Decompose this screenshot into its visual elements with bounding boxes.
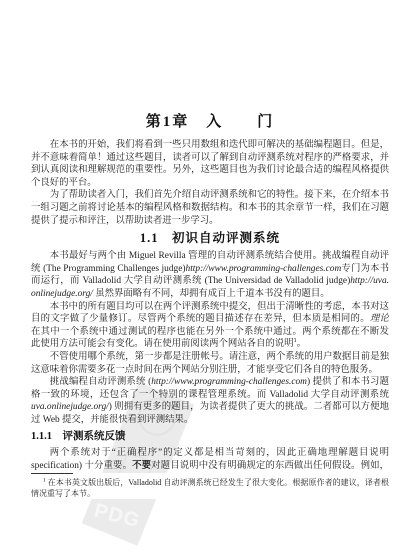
- text-line: 过 Web 提交，并能很快看到评测结果。: [31, 414, 389, 427]
- paragraph: 1 在本书英文版出版后，Valladolid 自动评测系统已经发生了很大变化。根…: [31, 477, 389, 499]
- text-line: 挑战编程自动评测系统 (http://www.programming-chall…: [31, 376, 389, 389]
- text-line: 本书中的所有题目均可以在两个评测系统中提交，但出于清晰性的考虑，本书对这些题: [31, 301, 389, 314]
- text-line: 两个系统对于“正确程序”的定义都是相当苛刻的，因此正确地理解题目说明 (prob…: [31, 447, 389, 460]
- text-line: 本书最好与两个由 Miguel Revilla 管理的自动评测系统结合使用。挑战…: [31, 250, 389, 263]
- text-line: 格一致的环境，还包含了一个特别的课程管理系统。而 Valladolid 大学自动…: [31, 389, 389, 402]
- text-line: 为了帮助读者入门，我们首先介绍自动评测系统和它的特性。接下来，在介绍本书的第: [31, 189, 389, 202]
- paragraph: 为了帮助读者入门，我们首先介绍自动评测系统和它的特性。接下来，在介绍本书的第一组…: [31, 189, 389, 227]
- text-line: 1 在本书英文版出版后，Valladolid 自动评测系统已经发生了很大变化。根…: [31, 477, 389, 488]
- text-line: uva.onlinejudge.org/) 则拥有更多的题目，为读者提供了更大的…: [31, 401, 389, 414]
- text-line: 而运行，而 Valladolid 大学自动评测系统 (The Universid…: [31, 275, 389, 288]
- paragraph: 挑战编程自动评测系统 (http://www.programming-chall…: [31, 376, 389, 426]
- text-line: 并不意味着简单！通过这些题目，读者可以了解到自动评测系统对程序的严格要求，并认识: [31, 152, 389, 165]
- page-body: 在本书的开始，我们将看到一些只用数组和迭代即可解决的基础编程题目。但是，基础并不…: [31, 139, 389, 473]
- book-page: PDG 第1章 入 门 在本书的开始，我们将看到一些只用数组和迭代即可解决的基础…: [0, 0, 420, 560]
- text-line: 提供了提示和评注，以帮助读者进一步学习。: [31, 215, 389, 228]
- text-line: 情况重写了本节。: [31, 488, 389, 499]
- text-line: 不管使用哪个系统，第一步都是注册帐号。请注意，两个系统的用户数据目前是独立的，: [31, 351, 389, 364]
- paragraph: 在本书的开始，我们将看到一些只用数组和迭代即可解决的基础编程题目。但是，基础并不…: [31, 139, 389, 189]
- text-line: 此使用方法可能会有变化。请在使用前阅读两个网站各自的说明1。: [31, 338, 389, 351]
- text-line: onlinejudge.org/ 虽然界面略有不同，却拥有成百上千道本书没有的题…: [31, 288, 389, 301]
- text-line: 目的文字做了少量修订。尽管两个系统的题目描述存在差异，但本质是相同的。理论上，能: [31, 313, 389, 326]
- watermark-pdg-text: PDG: [92, 500, 143, 534]
- paragraph: 本书最好与两个由 Miguel Revilla 管理的自动评测系统结合使用。挑战…: [31, 250, 389, 300]
- footnote: 1 在本书英文版出版后，Valladolid 自动评测系统已经发生了很大变化。根…: [31, 477, 389, 499]
- chapter-title: 第1章 入 门: [31, 112, 389, 133]
- footnote-divider: [31, 473, 73, 474]
- text-line: specification) 十分重要。不要对题目说明中没有明确规定的东西做出任…: [31, 460, 389, 473]
- paragraph: 本书中的所有题目均可以在两个评测系统中提交，但出于清晰性的考虑，本书对这些题目的…: [31, 301, 389, 351]
- text-line: 在本书的开始，我们将看到一些只用数组和迭代即可解决的基础编程题目。但是，基础: [31, 139, 389, 152]
- page-content: 第1章 入 门 在本书的开始，我们将看到一些只用数组和迭代即可解决的基础编程题目…: [31, 0, 389, 473]
- text-line: 统 (The Programming Challenges judge)http…: [31, 263, 389, 276]
- section-heading: 1.1 初识自动评测系统: [31, 230, 389, 247]
- text-line: 一组习题之前将讨论基本的编程风格和数据结构。和本书的其余章节一样，我们在习题之后: [31, 202, 389, 215]
- text-line: 这意味着你需要多花一点时间在两个网站分别注册，才能享受它们各自的特色服务。: [31, 364, 389, 377]
- text-line: 到认真阅读和理解规范的重要性。另外，这些题目也为我们讨论最合适的编程风格提供了一: [31, 164, 389, 177]
- text-line: 在其中一个系统中通过测试的程序也能在另外一个系统中通过。两个系统都在不断发展，因: [31, 326, 389, 339]
- text-line: 个良好的平台。: [31, 177, 389, 190]
- section-heading: 1.1.1 评测系统反馈: [31, 429, 389, 444]
- paragraph: 不管使用哪个系统，第一步都是注册帐号。请注意，两个系统的用户数据目前是独立的，这…: [31, 351, 389, 376]
- footnote-area: 1 在本书英文版出版后，Valladolid 自动评测系统已经发生了很大变化。根…: [31, 473, 389, 499]
- paragraph: 两个系统对于“正确程序”的定义都是相当苛刻的，因此正确地理解题目说明 (prob…: [31, 447, 389, 472]
